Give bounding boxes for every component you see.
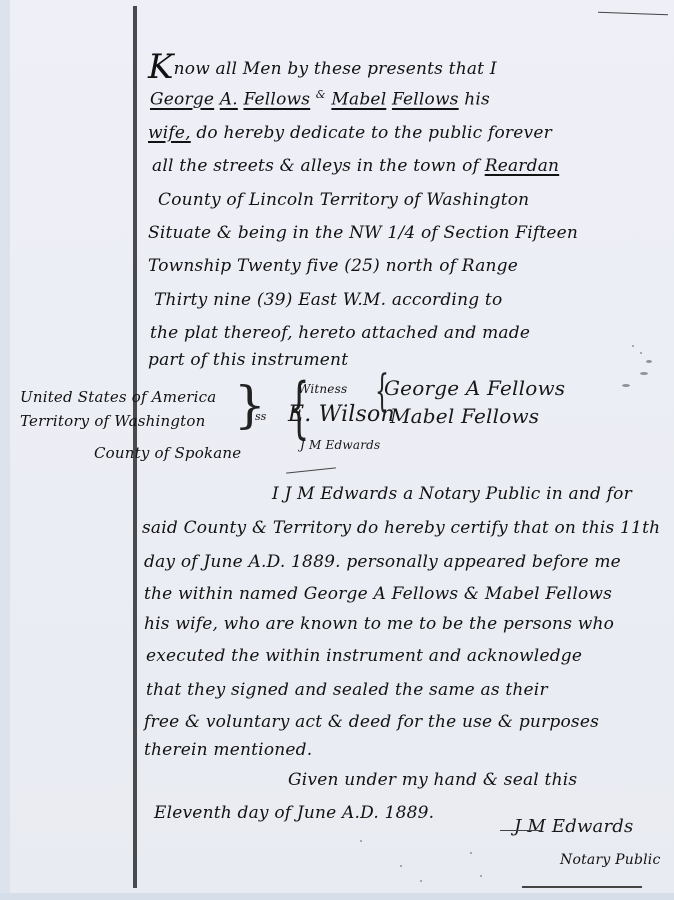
body-line-text: do hereby dedicate to the public forever	[191, 123, 552, 143]
body-line-text: all the streets & alleys in the town of	[152, 156, 485, 176]
body-line-10: part of this instrument	[148, 350, 348, 370]
venue-line-territory: Territory of Washington	[20, 412, 205, 430]
signature-mabel-fellows: Mabel Fellows	[390, 404, 539, 428]
closing-line-2: Eleventh day of June A.D. 1889.	[154, 803, 434, 823]
notary-title: Notary Public	[560, 852, 661, 868]
scan-edge-left	[0, 0, 10, 900]
ack-line-3: day of June A.D. 1889. personally appear…	[144, 552, 621, 572]
witness-label: Witness	[298, 382, 347, 396]
ack-line-2: said County & Territory do hereby certif…	[142, 518, 660, 538]
ink-speck	[640, 352, 642, 354]
scan-edge-bottom	[0, 893, 674, 900]
venue-ss: ss	[255, 410, 266, 423]
ink-speck	[470, 852, 472, 854]
initial-letter: K	[148, 47, 174, 87]
ack-line-5: his wife, who are known to me to be the …	[144, 614, 614, 634]
body-line-3: wife, do hereby dedicate to the public f…	[148, 123, 552, 143]
flourish	[286, 467, 336, 473]
ink-speck	[622, 384, 630, 387]
ink-speck	[646, 360, 652, 363]
name-fellows-2: Fellows	[392, 90, 459, 110]
notary-signature: J M Edwards	[514, 816, 633, 837]
body-line-8: Thirty nine (39) East W.M. according to	[154, 290, 502, 310]
witness-signature-edwards: J M Edwards	[300, 438, 380, 452]
ack-line-6: executed the within instrument and ackno…	[146, 646, 582, 666]
signature-flourish	[500, 830, 540, 831]
ack-line-7: that they signed and sealed the same as …	[146, 680, 548, 700]
ink-speck	[632, 345, 634, 347]
body-line-6: Situate & being in the NW 1/4 of Section…	[148, 223, 578, 243]
ink-speck	[360, 840, 362, 842]
ack-line-1: I J M Edwards a Notary Public in and for	[272, 484, 632, 504]
body-line-2: George A. Fellows & Mabel Fellows his	[150, 88, 490, 110]
body-line-9: the plat thereof, hereto attached and ma…	[150, 323, 530, 343]
ink-speck	[640, 372, 648, 375]
signature-george-fellows: George A Fellows	[384, 376, 565, 400]
ack-line-9: therein mentioned.	[144, 740, 312, 760]
word-wife: wife,	[148, 123, 191, 143]
body-line-4: all the streets & alleys in the town of …	[152, 156, 559, 176]
signature-underline	[522, 886, 642, 888]
venue-line-country: United States of America	[20, 388, 216, 406]
name-mabel: Mabel	[331, 90, 386, 110]
ink-speck	[480, 875, 482, 877]
ack-line-8: free & voluntary act & deed for the use …	[144, 712, 599, 732]
venue-line-county: County of Spokane	[94, 444, 241, 462]
document-page: Know all Men by these presents that I Ge…	[0, 0, 674, 900]
name-george: George	[150, 90, 214, 110]
ampersand: &	[316, 88, 326, 101]
body-line-5: County of Lincoln Territory of Washingto…	[158, 190, 529, 210]
body-line-7: Township Twenty five (25) north of Range	[148, 256, 518, 276]
body-line-text: now all Men by these presents that I	[174, 59, 497, 79]
town-name: Reardan	[485, 156, 560, 176]
ack-line-4: the within named George A Fellows & Mabe…	[144, 584, 612, 604]
name-initial: A.	[220, 90, 238, 110]
body-line-1: Know all Men by these presents that I	[148, 50, 497, 84]
ink-speck	[400, 865, 402, 867]
closing-line-1: Given under my hand & seal this	[288, 770, 577, 790]
name-fellows: Fellows	[243, 90, 310, 110]
word-his: his	[464, 90, 490, 110]
stray-mark	[598, 12, 668, 15]
ink-speck	[420, 880, 422, 882]
